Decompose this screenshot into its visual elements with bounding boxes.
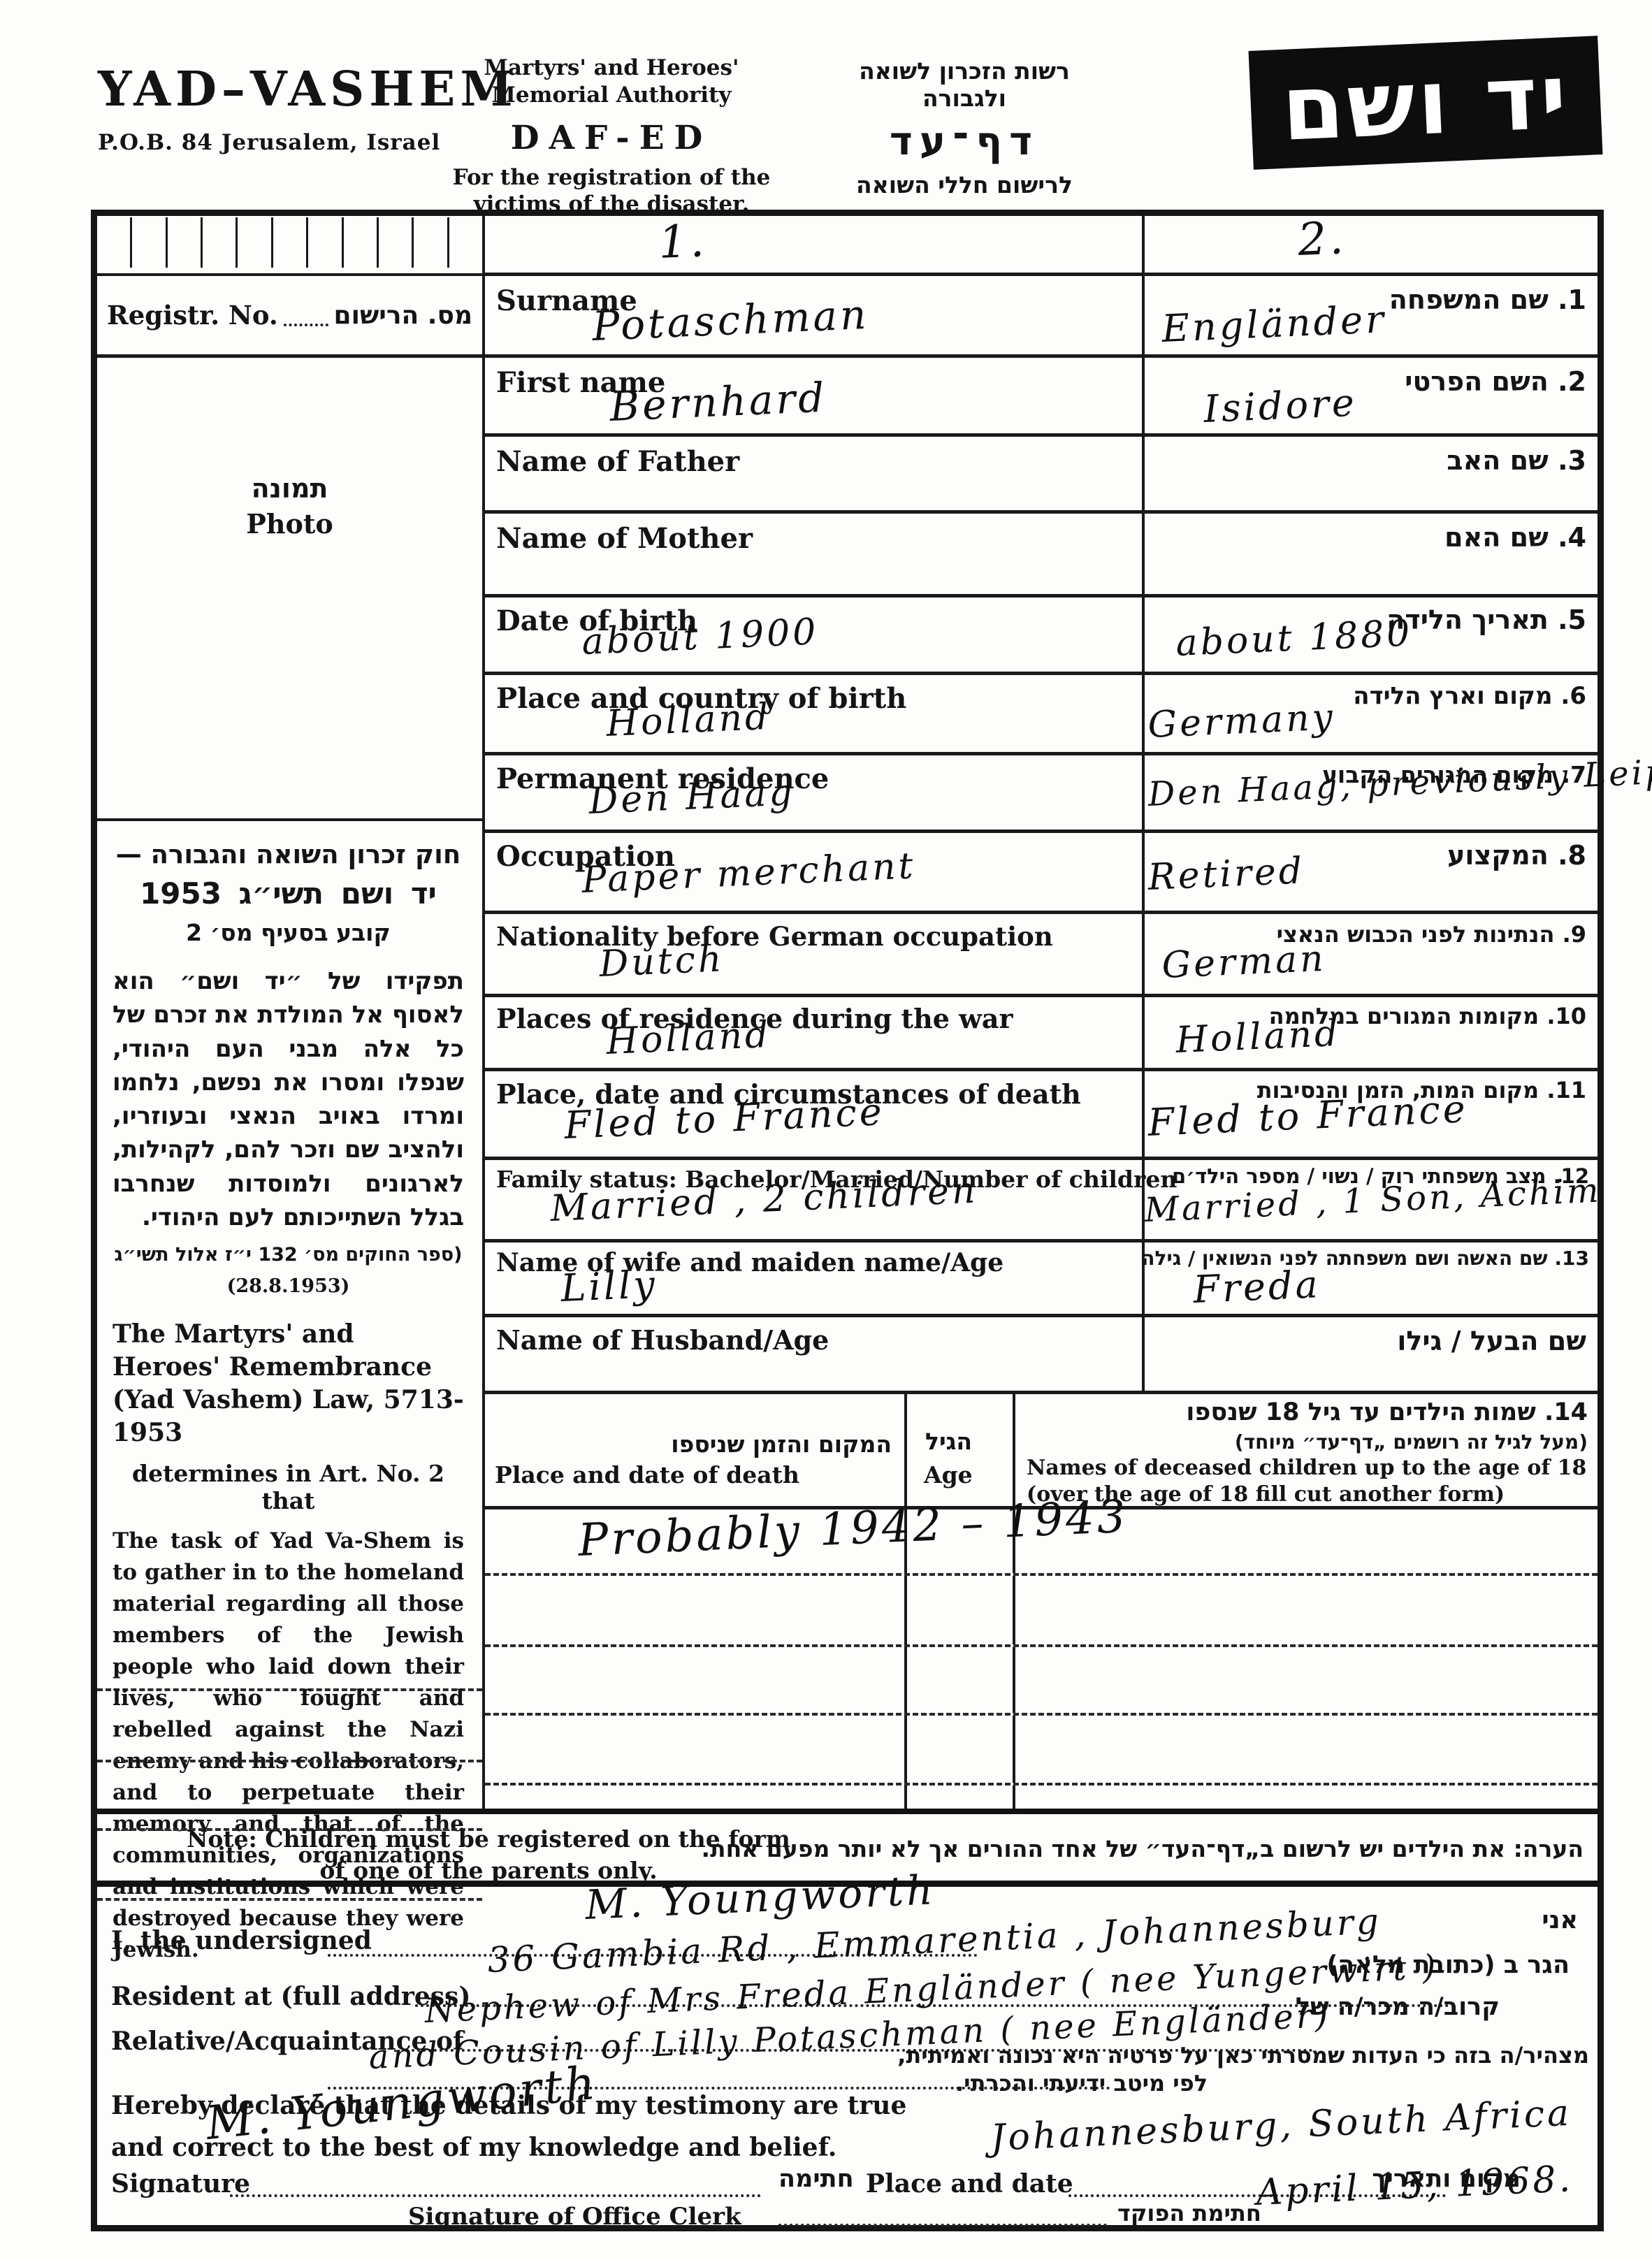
entry-col1: Den Haag	[588, 772, 795, 823]
entry-col1: Lilly	[560, 1262, 658, 1310]
row-label-he: 2. השם הפרטי	[1405, 366, 1586, 397]
age-column-divider	[904, 1785, 907, 1809]
form-row-father: Name of Father 3. שם האב	[485, 437, 1597, 514]
column-divider	[1142, 437, 1145, 510]
row-label-en: Name of Father	[496, 445, 739, 478]
column-divider	[1142, 997, 1145, 1068]
photo-label-en: Photo	[97, 508, 482, 539]
signature-dotted-line	[230, 2194, 761, 2197]
children-names-label-he1: 14. שמות הילדים עד גיל 18 שנספו	[1186, 1398, 1588, 1426]
names-column-divider	[1013, 1394, 1015, 1506]
yad-vashem-logo: יד ושם	[1249, 36, 1603, 170]
entry-col2: German	[1161, 938, 1326, 987]
children-row: Probably 1942 – 1943	[485, 1509, 1597, 1576]
entry-col2: about 1880	[1175, 612, 1413, 665]
law-he-title1: חוק זכרון השואה והגבורה —	[113, 839, 464, 869]
children-names-label-he2: (מעל לגיל זה רושמים „דף־עד״ מיוחד)	[1235, 1430, 1588, 1454]
children-age-label-en: Age	[924, 1461, 973, 1488]
column-divider	[1142, 276, 1145, 354]
sidebar-blank-row	[97, 1691, 482, 1762]
registr-label-he: מס. הרישום	[334, 301, 472, 330]
registr-label-en: Registr. No.	[107, 300, 278, 331]
entry-col2: Germany	[1147, 696, 1336, 746]
column-divider	[1142, 833, 1145, 911]
row-label-he: 1. שם המשפחה	[1389, 284, 1586, 315]
column-divider	[1142, 216, 1145, 273]
column-divider	[1142, 914, 1145, 994]
column-divider	[1142, 597, 1145, 672]
column-number-band: 1. 2.	[485, 216, 1597, 276]
age-column-divider	[904, 1647, 907, 1713]
age-column-divider	[904, 1716, 907, 1783]
hebrew-purpose: לרישום חללי השואה	[814, 171, 1115, 198]
children-names-label-en1: Names of deceased children up to the age…	[1027, 1456, 1586, 1480]
clerk-label-he: חתימת הפוקד	[1117, 2200, 1261, 2226]
column-divider	[1142, 514, 1145, 594]
column-divider	[1142, 358, 1145, 433]
children-age-label-he: הגיל	[925, 1428, 972, 1455]
place-date-label-en: Place and date	[866, 2169, 1073, 2199]
form-row-husband: Name of Husband/Age שם הבעל / גילו	[485, 1317, 1597, 1394]
photo-box: תמונה Photo	[97, 473, 482, 821]
children-row	[485, 1576, 1597, 1647]
entry-col2: Holland	[1175, 1013, 1341, 1062]
clerk-label-en: Signature of Office Clerk	[408, 2203, 741, 2231]
authority-header: Martyrs' and Heroes' Memorial Authority …	[430, 55, 793, 218]
column-divider	[1142, 1243, 1145, 1314]
form-row-permanent-residence: Permanent residence 7. מקום המגורים הקבו…	[485, 755, 1597, 833]
entry-col2: Engländer	[1161, 297, 1387, 351]
row-label-he: 6. מקום וארץ הלידה	[1353, 682, 1586, 710]
note-text-he: הערה: את הילדים יש לרשום ב„דף־העד״ של אח…	[702, 1835, 1584, 1862]
row-label-en: Name of Husband/Age	[496, 1324, 829, 1356]
row-label-he: שם הבעל / גילו	[1397, 1326, 1586, 1356]
row-label-he: 3. שם האב	[1447, 445, 1586, 476]
entry-col1: Bernhard	[609, 374, 827, 430]
law-he-title2: יד ושם תשי״ג 1953	[113, 876, 464, 911]
row-label-he: 8. המקצוע	[1447, 840, 1586, 871]
names-column-divider	[1013, 1647, 1015, 1713]
form-row-wife: Name of wife and maiden name/Age 13. שם …	[485, 1243, 1597, 1317]
column1-number: 1.	[658, 215, 708, 269]
form-row-occupation: Occupation 8. המקצוע Paper merchant Reti…	[485, 833, 1597, 914]
entry-col2: Fled to France	[1147, 1087, 1469, 1145]
entry-col2: Isidore	[1203, 380, 1358, 431]
hebrew-header: רשות הזכרון לשואה ולגבורה דף־עד לרישום ח…	[814, 57, 1115, 198]
column-divider	[1142, 1160, 1145, 1239]
names-column-divider	[1013, 1716, 1015, 1783]
form-row-residence-during-war: Places of residence during the war 10. מ…	[485, 997, 1597, 1071]
law-he-body: תפקידו של ״יד ושם״ הוא לאסוף אל המולדת א…	[113, 964, 464, 1234]
form-row-death: Place, date and circumstances of death 1…	[485, 1071, 1597, 1160]
declare-line1-he: מצהיר/ה בזה כי העדות שמסרתי כאן על פרטיה…	[897, 2042, 1589, 2069]
sidebar-column: Registr. No. מס. הרישום תמונה Photo חוק …	[97, 216, 485, 1809]
column-divider	[1142, 1317, 1145, 1391]
names-column-divider	[1013, 1785, 1015, 1809]
row-label-he: 5. תאריך הלידה	[1386, 604, 1586, 635]
form-row-mother: Name of Mother 4. שם האם	[485, 514, 1597, 597]
daf-ed-testimony-form: YAD–VASHEM P.O.B. 84 Jerusalem, Israel M…	[0, 0, 1652, 2260]
place-date-entry-line1: Johannesburg, South Africa	[990, 2092, 1572, 2159]
form-code: DAF-ED	[430, 119, 793, 157]
law-he-ref2: (28.8.1953)	[113, 1275, 464, 1297]
column-divider	[1142, 755, 1145, 830]
age-column-divider	[904, 1394, 907, 1506]
form-row-nationality: Nationality before German occupation 9. …	[485, 914, 1597, 997]
declaration-section: אני M. Youngworth I, the undersigned הגר…	[97, 1887, 1597, 2225]
form-row-family-status: Family status: Bachelor/Married/Number o…	[485, 1160, 1597, 1243]
entry-col1: Dutch	[598, 938, 725, 985]
registration-number-row: Registr. No. מס. הרישום	[97, 276, 482, 358]
form-row-date-of-birth: Date of birth 5. תאריך הלידה about 1900 …	[485, 597, 1597, 675]
hebrew-form-code: דף־עד	[814, 119, 1115, 164]
registr-tick-boxes	[97, 216, 482, 276]
column-divider	[1142, 1071, 1145, 1157]
law-en-sub: determines in Art. No. 2 that	[113, 1460, 464, 1514]
row-label-en: Name of Mother	[496, 522, 753, 555]
entry-col2: Retired	[1147, 850, 1305, 899]
form-row-surname: Surname 1. שם המשפחה Potaschman Englände…	[485, 276, 1597, 358]
column2-number: 2.	[1297, 212, 1347, 266]
law-text-block: חוק זכרון השואה והגבורה — יד ושם תשי״ג 1…	[97, 821, 482, 1691]
photo-label-he: תמונה	[97, 473, 482, 504]
undersigned-label-he: אני	[1542, 1906, 1578, 1934]
names-column-divider	[1013, 1576, 1015, 1644]
purpose-line1: For the registration of the	[430, 164, 793, 191]
entry-col1: Holland	[605, 696, 771, 745]
hebrew-authority: רשות הזכרון לשואה ולגבורה	[814, 57, 1115, 112]
row-label-he: 4. שם האם	[1444, 522, 1586, 553]
form-table: Registr. No. מס. הרישום תמונה Photo חוק …	[91, 210, 1604, 2231]
law-he-title3: קובע בסעיף מס׳ 2	[113, 919, 464, 946]
signature-label-he: חתימה	[778, 2165, 854, 2193]
children-table-header: המקום והזמן שניספו Place and date of dea…	[485, 1394, 1597, 1509]
form-row-first-name: First name 2. השם הפרטי Bernhard Isidore	[485, 358, 1597, 437]
law-he-ref1: (ספר החוקים מס׳ 132 י״ז אלול תשי״ג	[113, 1244, 464, 1266]
children-filler	[485, 1785, 1597, 1809]
clerk-dotted-line	[778, 2224, 1107, 2226]
authority-line2: Memorial Authority	[430, 82, 793, 109]
children-place-label-en: Place and date of death	[495, 1461, 799, 1488]
children-row	[485, 1647, 1597, 1716]
children-row	[485, 1716, 1597, 1785]
registr-dotted-line	[284, 304, 328, 326]
entry-col2: Freda	[1192, 1262, 1321, 1312]
entry-col1: Holland	[605, 1014, 771, 1063]
children-place-label-he: המקום והזמן שניספו	[671, 1430, 892, 1458]
place-date-label-he: מקום ותאריך	[1372, 2165, 1521, 2193]
row-label-en: Nationality before German occupation	[496, 921, 1053, 952]
main-columns: 1. 2. Surname 1. שם המשפחה Potaschman En…	[485, 216, 1597, 1809]
undersigned-label-en: I, the undersigned	[111, 1926, 372, 1955]
declare-line2-he: לפי מיטב ידיעתי והכרתי.	[955, 2070, 1208, 2096]
age-column-divider	[904, 1576, 907, 1644]
column-divider	[1142, 675, 1145, 752]
law-en-title: The Martyrs' and Heroes' Remembrance (Ya…	[113, 1318, 464, 1449]
authority-line1: Martyrs' and Heroes'	[430, 55, 793, 82]
form-row-place-of-birth: Place and country of birth 6. מקום וארץ …	[485, 675, 1597, 755]
